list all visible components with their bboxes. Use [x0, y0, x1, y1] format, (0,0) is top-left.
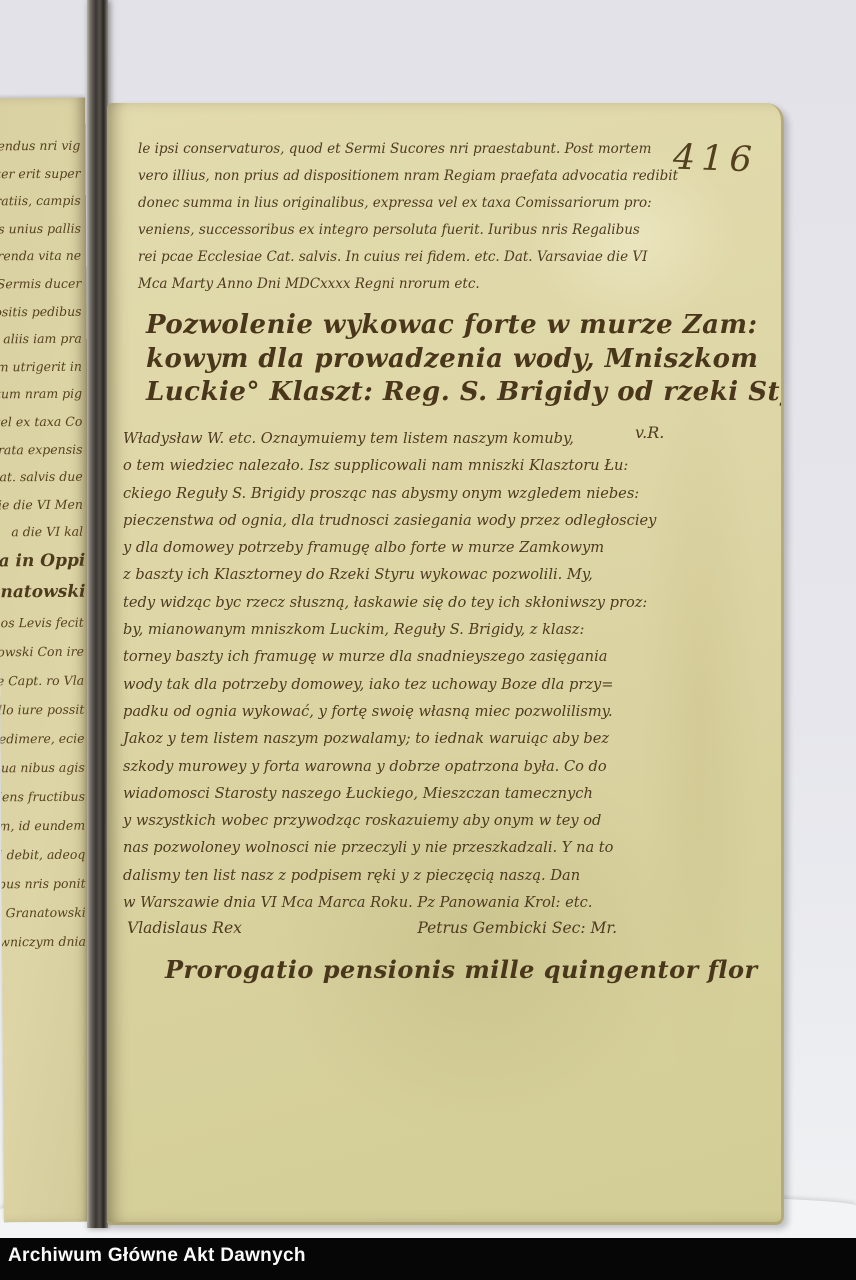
- text-line: pieczenstwa od ognia, dla trudnosci zasi…: [123, 507, 723, 534]
- text-line: inem, id eundem:: [1, 811, 85, 841]
- text-line: ius nos Levis fecit: [0, 608, 84, 638]
- text-line: a die VI kal: [0, 518, 83, 546]
- text-line: w Warszawie dnia VI Mca Marca Roku. Pz P…: [123, 889, 723, 916]
- text-line: entibus nris ponit: [1, 869, 85, 899]
- text-line: padku od ognia wykować, y fortę swoię wł…: [123, 698, 723, 725]
- facing-page-line-endings-top: censendus nri vig:to alter erit super:gn…: [0, 132, 88, 547]
- text-line: lowie Capt. ro Vla:: [0, 666, 84, 696]
- facing-page-edge: censendus nri vig:to alter erit super:gn…: [0, 98, 93, 1223]
- text-line: veniens, successoribus ex integro persol…: [138, 217, 713, 244]
- text-line: y dla domowey potrzeby framugę albo fort…: [123, 534, 723, 561]
- text-line: wiadomosci Starosty naszego Łuckiego, Mi…: [123, 780, 723, 807]
- text-line: dalismy ten list nasz z podpisem ręki y …: [123, 862, 723, 889]
- text-line: Luckie° Klaszt: Reg. S. Brigidy od rzeki…: [146, 376, 706, 410]
- text-line: gnis unius pallis: [0, 215, 81, 243]
- text-line: torney baszty ich framugę w murze dla sn…: [123, 643, 723, 670]
- text-line: Jakoz y tem listem naszym pozwalamy; to …: [123, 725, 723, 752]
- text-line: wody tak dla potrzeby domowey, iako tez …: [123, 671, 723, 698]
- facing-page-heading-fragment: a in Oppi:ranatowski: [0, 546, 89, 609]
- text-line: wniczym dnia: [2, 927, 86, 957]
- text-line: ie die VI Men: [0, 490, 83, 518]
- book-gutter-rod: [87, 0, 108, 1228]
- text-line: eva, vel ex taxa Co: [0, 408, 82, 436]
- text-line: y wszystkich wobec przywodząc roskazuiem…: [123, 807, 723, 834]
- signature-row: Vladislaus Rex Petrus Gembicki Sec: Mr.: [127, 919, 617, 937]
- text-line: by, mianowanym mniszkom Luckim, Reguły S…: [123, 616, 723, 643]
- text-line: donec summa in lius originalibus, expres…: [138, 190, 713, 217]
- text-line: szkody murowey y forta warowna y dobrze …: [123, 753, 723, 780]
- text-line: et possi debit, adeoq:: [1, 840, 85, 870]
- entry-body-text: Władysław W. etc. Oznaymuiemy tem listem…: [123, 425, 723, 916]
- text-line: tendens fructibus,: [1, 782, 85, 812]
- text-line: gni, gratiis, campis,: [0, 187, 81, 215]
- text-line: ia, qua nibus agis,: [1, 753, 85, 783]
- next-entry-heading: Prorogatio pensionis mille quingentor fl…: [165, 955, 758, 984]
- text-line: a in Oppi:: [0, 546, 85, 578]
- text-line: bis et Sermis ducer: [0, 270, 81, 298]
- archive-name-label: Archiwum Główne Akt Dawnych: [8, 1245, 306, 1267]
- royal-signature: Vladislaus Rex: [127, 919, 242, 937]
- facing-page-line-endings-bottom: ius nos Levis fecitGranatowski Con irelo…: [0, 608, 91, 957]
- text-line: et positis pedibus: [0, 297, 82, 325]
- text-line: te Cat. salvis due: [0, 463, 83, 491]
- text-line: le ipsi conservaturos, quod et Sermi Suc…: [138, 136, 713, 163]
- text-line: positum nram pig: [0, 380, 82, 408]
- text-line: merata expensis: [0, 435, 83, 463]
- text-line: ta redimere, ecie: [0, 724, 84, 754]
- text-line: icuum utrigerit in: [0, 352, 82, 380]
- text-line: tedy widząc byc rzecz słuszną, łaskawie …: [123, 589, 723, 616]
- latin-closing-block: le ipsi conservaturos, quod et Sermi Suc…: [138, 136, 713, 298]
- text-line: censendus nri vig:: [0, 132, 81, 160]
- text-line: kowym dla prowadzenia wody, Mniszkom: [146, 343, 706, 377]
- text-line: ckiego Reguły S. Brigidy prosząc nas aby…: [123, 480, 723, 507]
- text-line: pliae Granatowski: [2, 898, 86, 928]
- text-line: to alter erit super:: [0, 159, 81, 187]
- text-line: o tem wiedziec nalezało. Isz supplicowal…: [123, 452, 723, 479]
- text-line: rei pcae Ecclesiae Cat. salvis. In cuius…: [138, 244, 713, 271]
- footer-bar: Archiwum Główne Akt Dawnych: [0, 1238, 856, 1280]
- entry-heading: Pozwolenie wykowac forte w murze Zam:kow…: [146, 309, 706, 410]
- secretary-signature: Petrus Gembicki Sec: Mr.: [417, 919, 617, 937]
- text-line: ranatowski: [0, 577, 86, 609]
- text-line: Pozwolenie wykowac forte w murze Zam:: [146, 309, 706, 343]
- text-line: Władysław W. etc. Oznaymuiemy tem listem…: [123, 425, 723, 452]
- text-line: nas pozwoloney wolnosci nie przeczyli y …: [123, 834, 723, 861]
- manuscript-page: 416 le ipsi conservaturos, quod et Sermi…: [107, 103, 784, 1225]
- text-line: Mca Marty Anno Dni MDCxxxx Regni nrorum …: [138, 271, 713, 298]
- text-line: Granatowski Con ire: [0, 637, 84, 667]
- text-line: nullo iure possit,: [0, 695, 84, 725]
- text-line: vero illius, non prius ad dispositionem …: [138, 163, 713, 190]
- text-line: currenda vita ne: [0, 242, 81, 270]
- text-line: morem aliis iam pra: [0, 325, 82, 353]
- text-line: z baszty ich Klasztorney do Rzeki Styru …: [123, 561, 723, 588]
